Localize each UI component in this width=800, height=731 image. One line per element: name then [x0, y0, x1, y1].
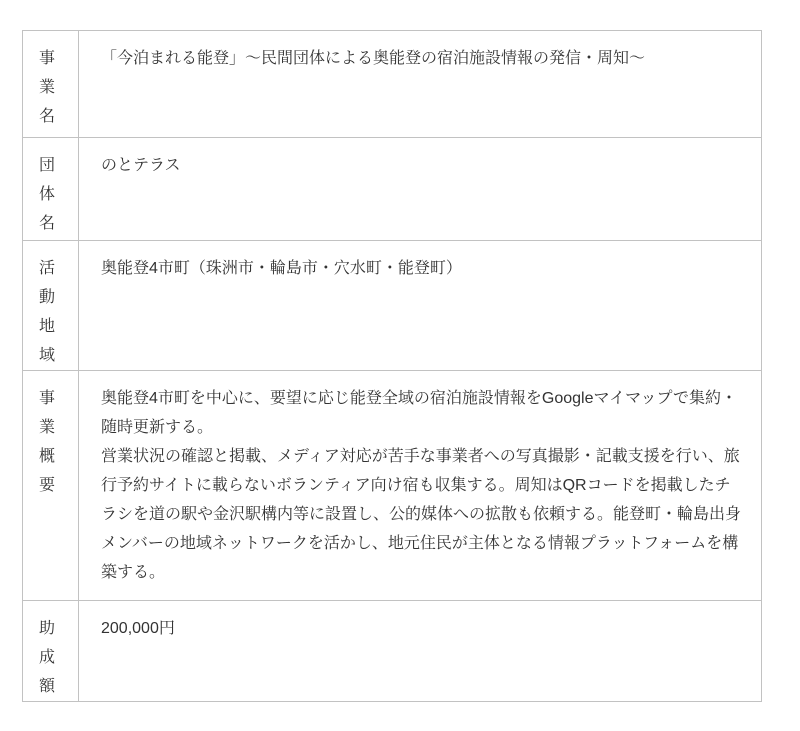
table-row-grant-amount: 助成額 200,000円 [23, 601, 762, 702]
grant-info-table: 事業名 「今泊まれる能登」〜民間団体による奥能登の宿泊施設情報の発信・周知〜 団… [22, 30, 762, 702]
project-summary-value: 奥能登4市町を中心に、要望に応じ能登全域の宿泊施設情報をGoogleマイマップで… [79, 371, 762, 601]
table-row-organization-name: 団体名 のとテラス [23, 138, 762, 241]
grant-info-table-body: 事業名 「今泊まれる能登」〜民間団体による奥能登の宿泊施設情報の発信・周知〜 団… [23, 31, 762, 702]
grant-amount-label: 助成額 [23, 601, 79, 702]
activity-area-value: 奥能登4市町（珠洲市・輪島市・穴水町・能登町） [79, 241, 762, 371]
project-name-label: 事業名 [23, 31, 79, 138]
table-row-activity-area: 活動地域 奥能登4市町（珠洲市・輪島市・穴水町・能登町） [23, 241, 762, 371]
page: { "page": { "background_color": "#ffffff… [0, 0, 800, 731]
project-summary-label: 事業概要 [23, 371, 79, 601]
table-row-project-name: 事業名 「今泊まれる能登」〜民間団体による奥能登の宿泊施設情報の発信・周知〜 [23, 31, 762, 138]
organization-name-value: のとテラス [79, 138, 762, 241]
grant-amount-value: 200,000円 [79, 601, 762, 702]
project-name-value: 「今泊まれる能登」〜民間団体による奥能登の宿泊施設情報の発信・周知〜 [79, 31, 762, 138]
activity-area-label: 活動地域 [23, 241, 79, 371]
table-row-project-summary: 事業概要 奥能登4市町を中心に、要望に応じ能登全域の宿泊施設情報をGoogleマ… [23, 371, 762, 601]
organization-name-label: 団体名 [23, 138, 79, 241]
